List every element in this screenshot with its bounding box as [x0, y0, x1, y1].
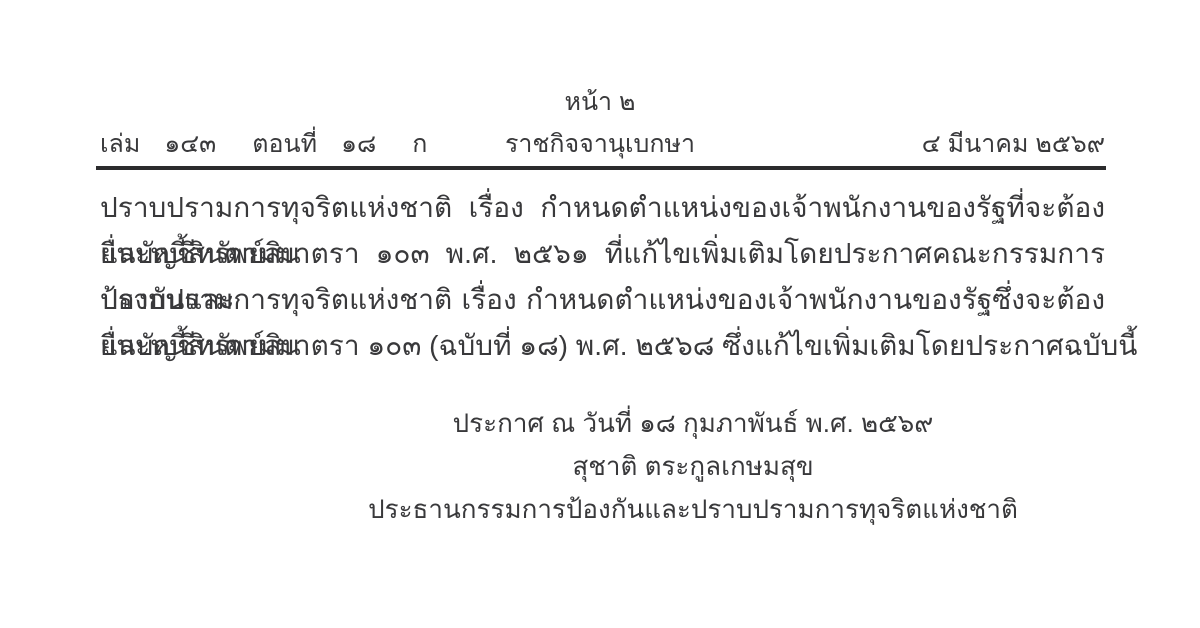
signer-title: ประธานกรรมการป้องกันและปราบปรามการทุจริต… — [368, 488, 1018, 531]
masthead-row: เล่ม ๑๔๓ ตอนที่ ๑๘ ก ราชกิจจานุเบกษา ๔ ม… — [0, 127, 1200, 161]
body-line-2: และหนี้สินตามมาตรา ๑๐๓ พ.ศ. ๒๕๖๑ ที่แก้ไ… — [100, 231, 1105, 277]
issue-date: ๔ มีนาคม ๒๕๖๙ — [922, 127, 1105, 161]
header-divider — [96, 166, 1106, 170]
body-paragraph: ปราบปรามการทุจริตแห่งชาติ เรื่อง กำหนดตำ… — [100, 185, 1105, 369]
body-line-3: ปราบปรามการทุจริตแห่งชาติ เรื่อง กำหนดตำ… — [100, 277, 1105, 323]
page-number: หน้า ๒ — [0, 86, 1200, 118]
body-line-4: และหนี้สินตามมาตรา ๑๐๓ (ฉบับที่ ๑๘) พ.ศ.… — [100, 323, 1105, 369]
body-line-1: ปราบปรามการทุจริตแห่งชาติ เรื่อง กำหนดตำ… — [100, 185, 1105, 231]
signer-name: สุชาติ ตระกูลเกษมสุข — [368, 445, 1018, 488]
announcement-date-line: ประกาศ ณ วันที่ ๑๘ กุมภาพันธ์ พ.ศ. ๒๕๖๙ — [368, 402, 1018, 445]
signature-block: ประกาศ ณ วันที่ ๑๘ กุมภาพันธ์ พ.ศ. ๒๕๖๙ … — [368, 402, 1018, 531]
gazette-page: หน้า ๒ เล่ม ๑๔๓ ตอนที่ ๑๘ ก ราชกิจจานุเบ… — [0, 0, 1200, 628]
